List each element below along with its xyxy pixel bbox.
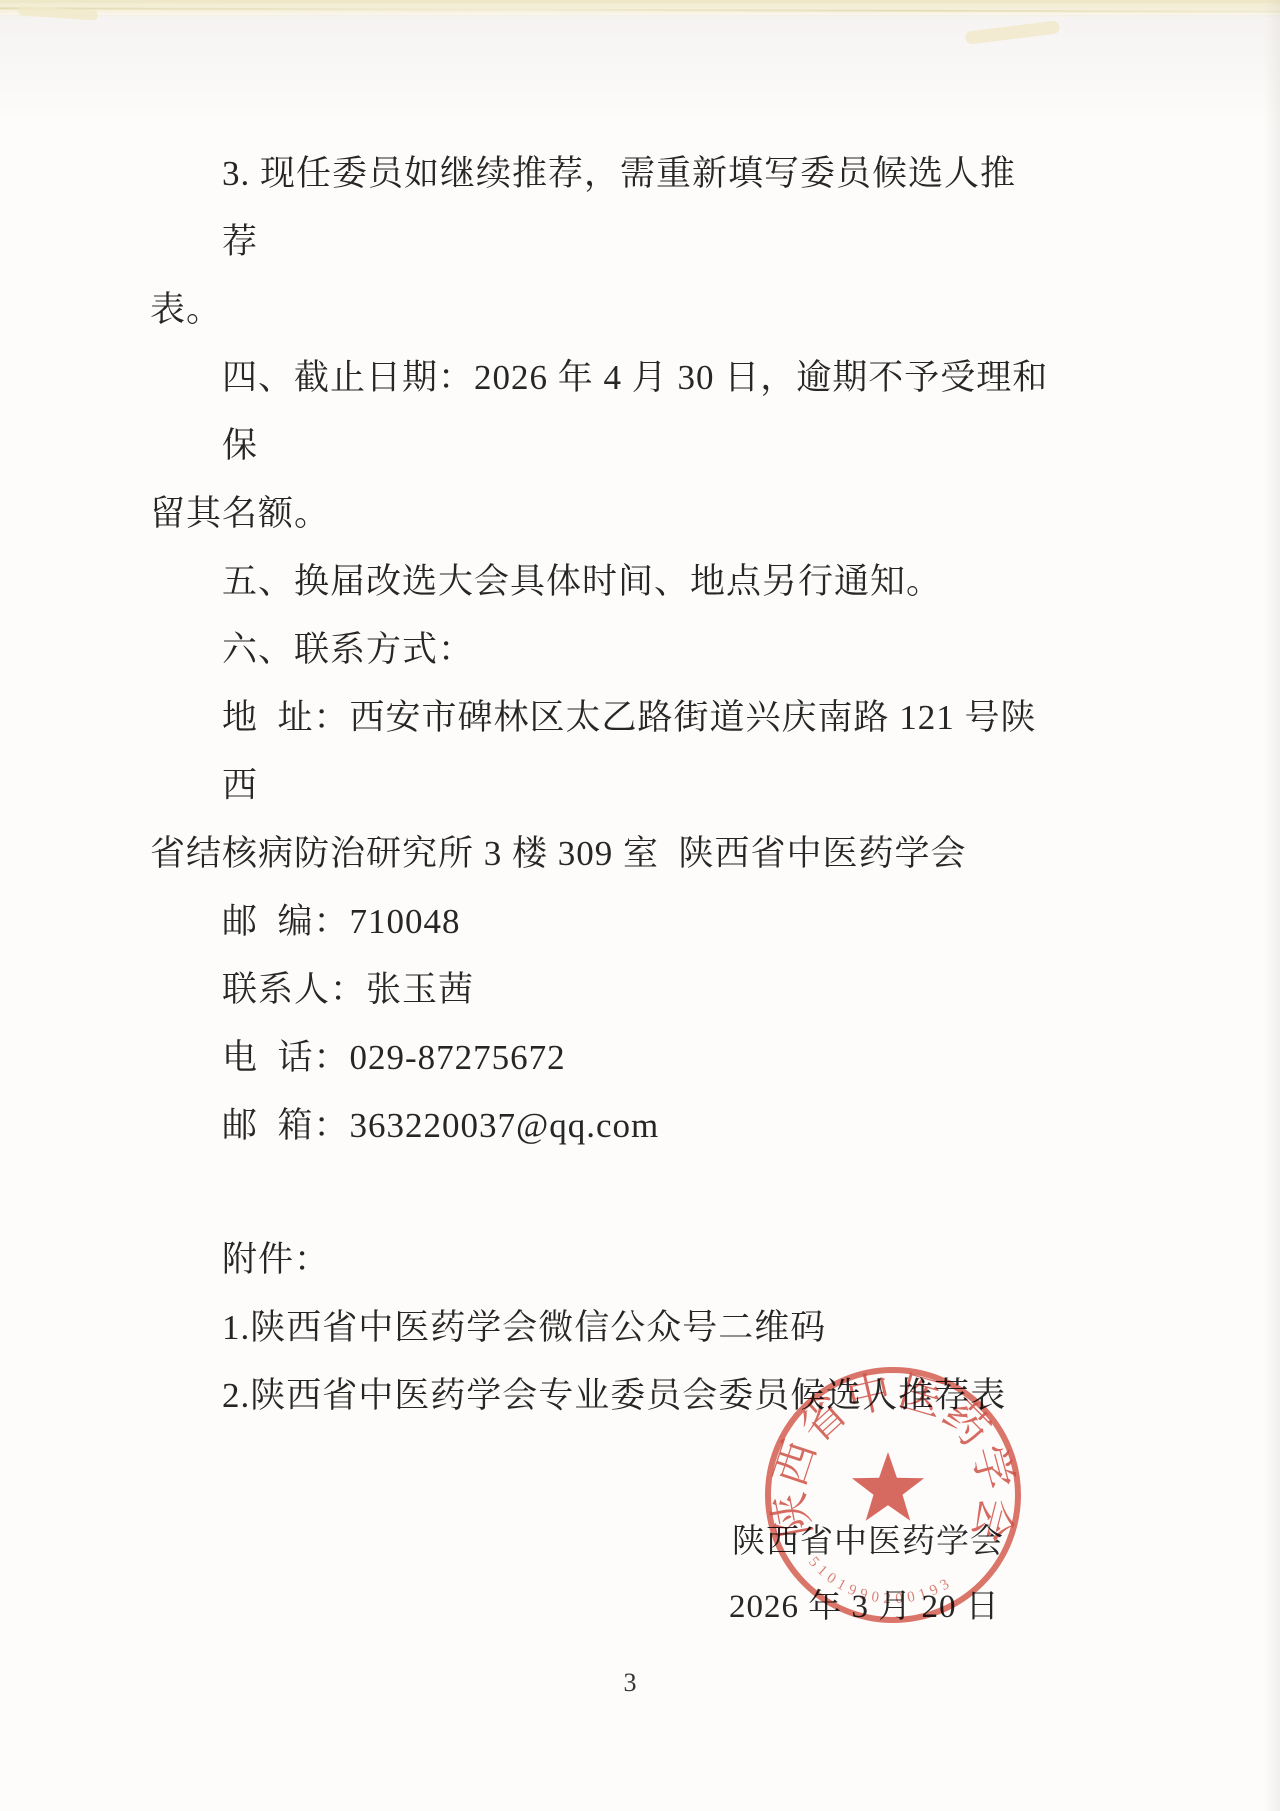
page-number: 3 [600, 1668, 660, 1698]
scan-edge-shadow [1264, 0, 1280, 1811]
document-body: 3. 现任委员如继续推荐，需重新填写委员候选人推荐表。四、截止日期：2026 年… [150, 140, 1050, 1160]
text-line: 附件： [150, 1226, 1050, 1294]
text-line: 联系人：张玉茜 [150, 956, 1050, 1024]
scan-shadow-haze [0, 15, 1280, 125]
text-line: 地 址：西安市碑林区太乙路街道兴庆南路 121 号陕西 [150, 684, 1050, 820]
seal-arc-text: 陕西省中医药学会 [764, 1366, 1022, 1548]
document-text-column: 3. 现任委员如继续推荐，需重新填写委员候选人推荐表。四、截止日期：2026 年… [150, 140, 1050, 1430]
text-line: 五、换届改选大会具体时间、地点另行通知。 [150, 548, 1050, 616]
text-line: 省结核病防治研究所 3 楼 309 室 陕西省中医药学会 [150, 820, 1050, 888]
text-line: 四、截止日期：2026 年 4 月 30 日，逾期不予受理和保 [150, 344, 1050, 480]
official-seal-stamp: 陕西省中医药学会 5101990200193 [758, 1360, 1028, 1630]
text-line: 3. 现任委员如继续推荐，需重新填写委员候选人推荐 [150, 140, 1050, 276]
text-line: 邮 编：710048 [150, 888, 1050, 956]
text-line: 电 话：029-87275672 [150, 1024, 1050, 1092]
text-line: 邮 箱：363220037@qq.com [150, 1092, 1050, 1160]
text-line: 六、联系方式： [150, 616, 1050, 684]
text-line: 留其名额。 [150, 480, 1050, 548]
text-line: 表。 [150, 276, 1050, 344]
text-line: 1.陕西省中医药学会微信公众号二维码 [150, 1294, 1050, 1362]
seal-star-icon [852, 1452, 924, 1521]
